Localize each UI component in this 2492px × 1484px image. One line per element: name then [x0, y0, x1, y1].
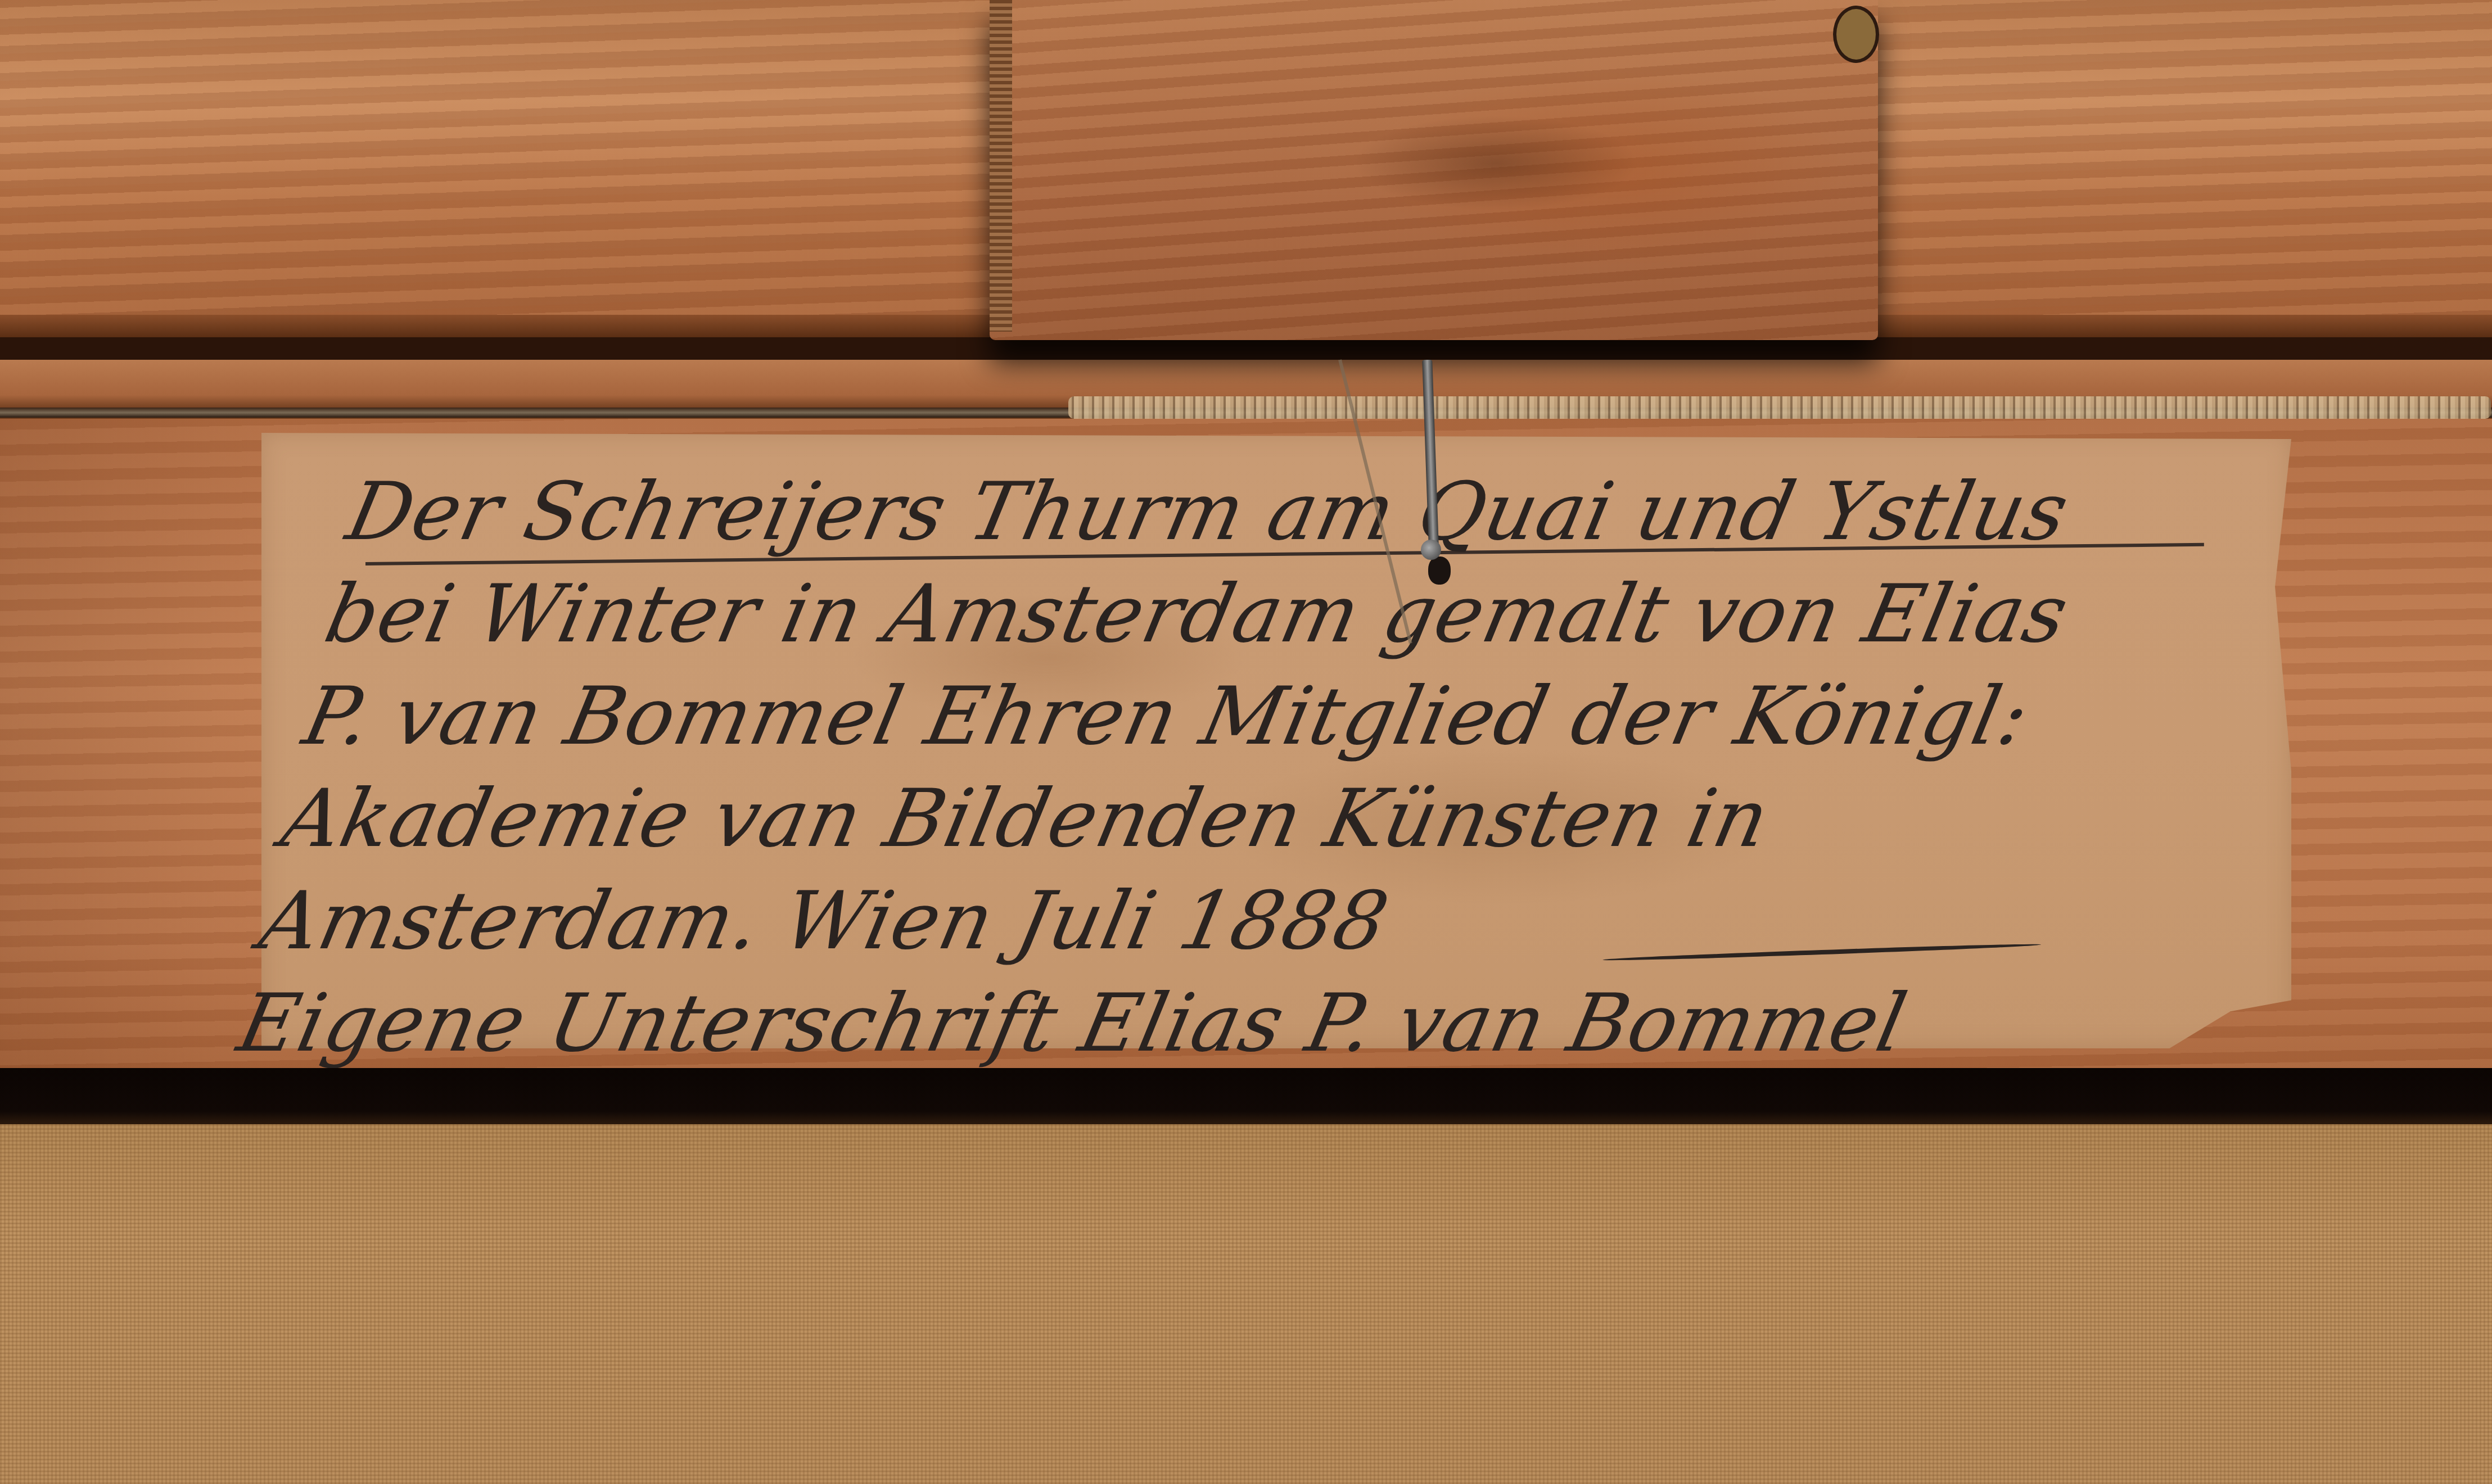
- wooden-batten-block: [990, 0, 1878, 340]
- canvas-back: [0, 1124, 2492, 1484]
- inscription-line-3: P. van Bommel Ehren Mitglied der Königl:: [295, 666, 2217, 768]
- torn-paper-tape: [1068, 396, 2491, 419]
- nail-shadow: [1428, 556, 1451, 585]
- inscription-line-6-signature: Eigene Unterschrift Elias P. van Bommel: [229, 972, 2152, 1075]
- inscription-line-4: Akademie van Bildenden Künsten in: [273, 768, 2195, 870]
- stretcher-shade: [0, 419, 259, 1071]
- handwritten-inscription: Der Schreijers Thurm am Quai und Ystlus …: [240, 461, 2260, 1023]
- inscription-line-2: bei Winter in Amsterdam gemalt von Elias: [317, 563, 2239, 666]
- stretcher-shadow: [0, 1068, 2492, 1130]
- batten-end-grain: [990, 0, 1012, 332]
- wood-knot-icon: [1833, 6, 1879, 63]
- nail-head-icon: [1421, 540, 1441, 560]
- slat-gap-shadow: [0, 337, 2492, 360]
- inscription-line-5: Amsterdam. Wien Juli 1888: [251, 870, 2174, 972]
- inscription-line-1: Der Schreijers Thurm am Quai und Ystlus: [338, 461, 2260, 563]
